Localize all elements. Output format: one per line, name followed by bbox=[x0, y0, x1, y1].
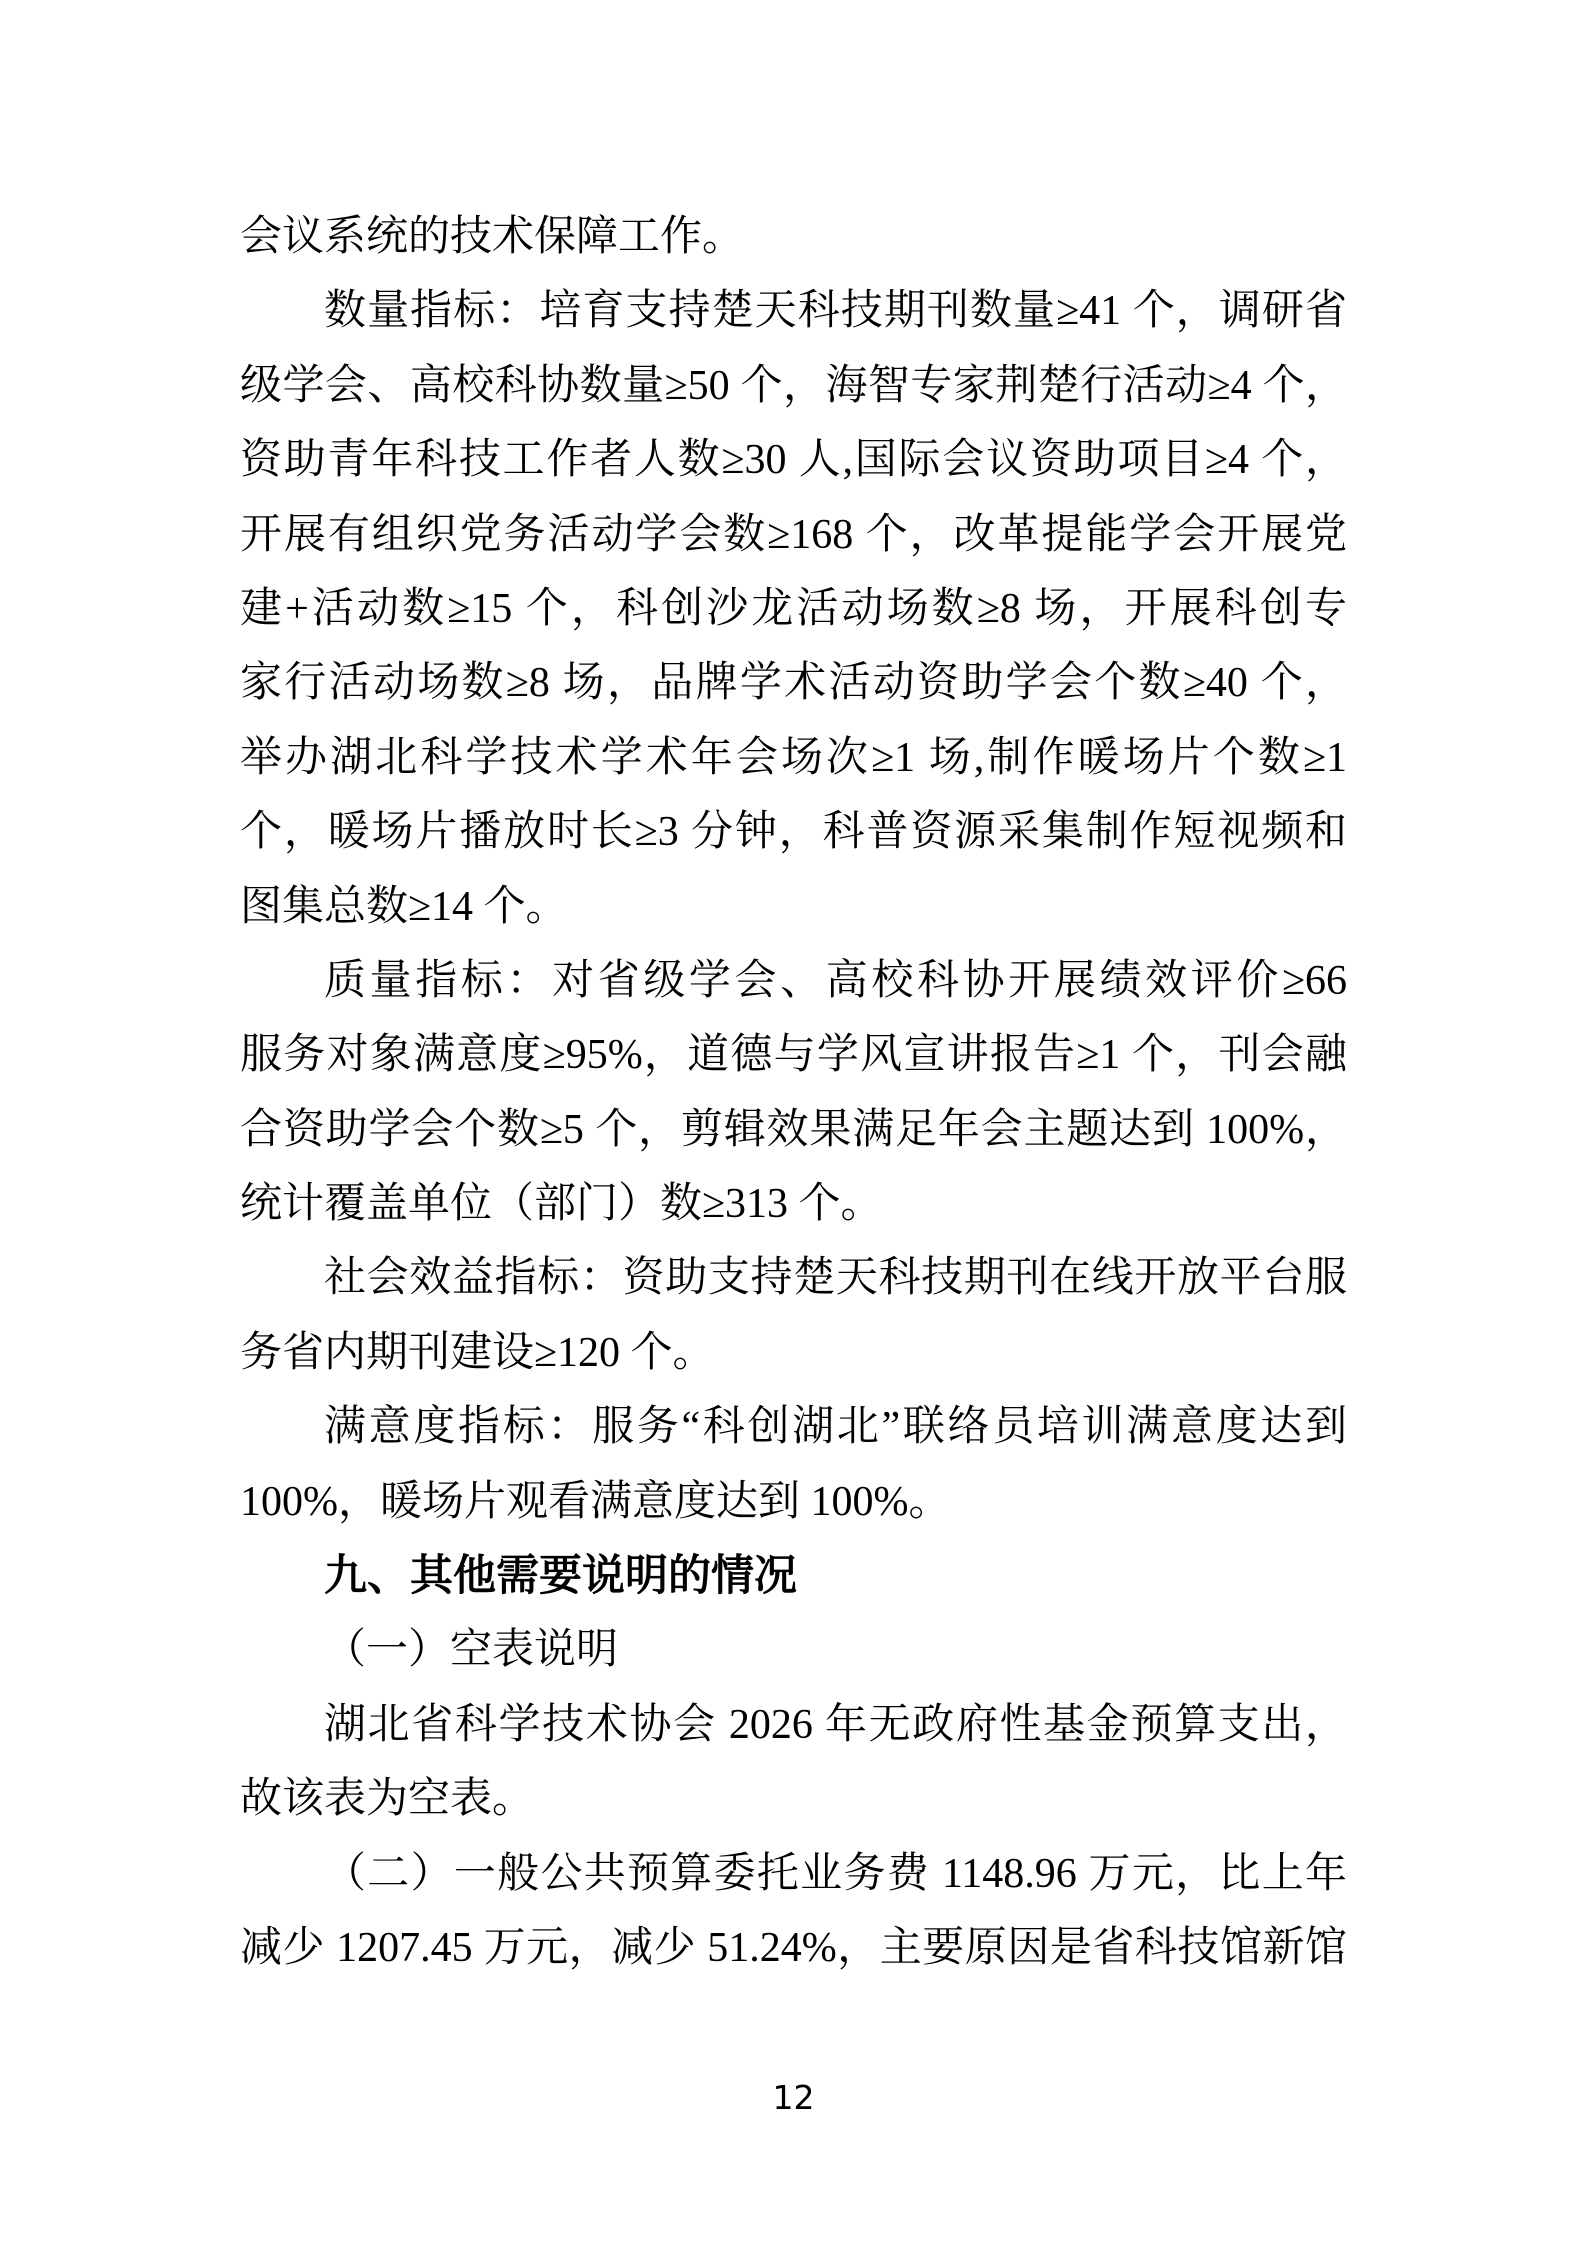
text-line: 个，暖场片播放时长≥3 分钟，科普资源采集制作短视频和 bbox=[240, 795, 1347, 869]
text-line: 会议系统的技术保障工作。 bbox=[240, 200, 1347, 274]
text-line: 质量指标：对省级学会、高校科协开展绩效评价≥66 个， bbox=[240, 944, 1347, 1018]
text-line: 统计覆盖单位（部门）数≥313 个。 bbox=[240, 1167, 1347, 1241]
text-line: 务省内期刊建设≥120 个。 bbox=[240, 1316, 1347, 1390]
text-line: 社会效益指标：资助支持楚天科技期刊在线开放平台服 bbox=[240, 1241, 1347, 1315]
section-heading: 九、其他需要说明的情况 bbox=[240, 1539, 1347, 1613]
text-line: 建+活动数≥15 个，科创沙龙活动场数≥8 场，开展科创专 bbox=[240, 572, 1347, 646]
text-line: 举办湖北科学技术学术年会场次≥1 场,制作暖场片个数≥1 bbox=[240, 721, 1347, 795]
text-line: （一）空表说明 bbox=[240, 1613, 1347, 1687]
text-line: 湖北省科学技术协会 2026 年无政府性基金预算支出， bbox=[240, 1688, 1347, 1762]
document-page: 会议系统的技术保障工作。数量指标：培育支持楚天科技期刊数量≥41 个，调研省级学… bbox=[0, 0, 1587, 2245]
text-line: 服务对象满意度≥95%，道德与学风宣讲报告≥1 个，刊会融 bbox=[240, 1018, 1347, 1092]
text-line: （二）一般公共预算委托业务费 1148.96 万元，比上年 bbox=[240, 1837, 1347, 1911]
page-number: 12 bbox=[0, 2078, 1587, 2117]
text-line: 数量指标：培育支持楚天科技期刊数量≥41 个，调研省 bbox=[240, 274, 1347, 348]
text-line: 减少 1207.45 万元，减少 51.24%，主要原因是省科技馆新馆 bbox=[240, 1911, 1347, 1985]
text-line: 家行活动场数≥8 场，品牌学术活动资助学会个数≥40 个， bbox=[240, 646, 1347, 720]
text-line: 资助青年科技工作者人数≥30 人,国际会议资助项目≥4 个， bbox=[240, 423, 1347, 497]
text-line: 级学会、高校科协数量≥50 个，海智专家荆楚行活动≥4 个， bbox=[240, 349, 1347, 423]
text-line: 100%，暖场片观看满意度达到 100%。 bbox=[240, 1465, 1347, 1539]
text-line: 图集总数≥14 个。 bbox=[240, 870, 1347, 944]
text-line: 满意度指标：服务“科创湖北”联络员培训满意度达到 bbox=[240, 1390, 1347, 1464]
document-body: 会议系统的技术保障工作。数量指标：培育支持楚天科技期刊数量≥41 个，调研省级学… bbox=[240, 200, 1347, 1985]
text-line: 合资助学会个数≥5 个，剪辑效果满足年会主题达到 100%， bbox=[240, 1093, 1347, 1167]
text-line: 开展有组织党务活动学会数≥168 个，改革提能学会开展党 bbox=[240, 498, 1347, 572]
text-line: 故该表为空表。 bbox=[240, 1762, 1347, 1836]
